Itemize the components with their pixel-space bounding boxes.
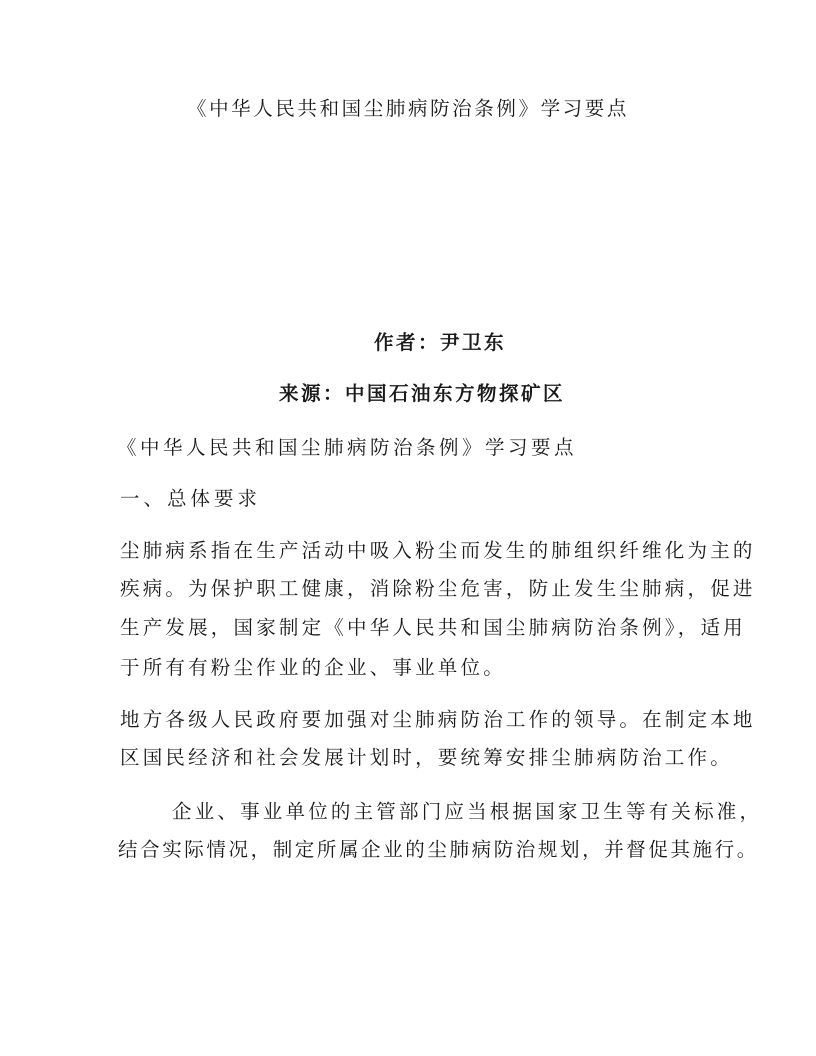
- paragraph-line: 尘肺病系指在生产活动中吸入粉尘而发生的肺组织纤维化为主的: [120, 539, 756, 563]
- paragraph-line: 地方各级人民政府要加强对尘肺病防治工作的领导。在制定本地: [120, 708, 756, 732]
- author-line: 作者：尹卫东: [374, 331, 506, 355]
- paragraph-line: 于所有有粉尘作业的企业、事业单位。: [120, 656, 506, 680]
- document-page: 《中华人民共和国尘肺病防治条例》学习要点 作者：尹卫东 来源：中国石油东方物探矿…: [0, 0, 816, 1056]
- paragraph-line: 区国民经济和社会发展计划时，要统筹安排尘肺病防治工作。: [120, 746, 733, 770]
- section-heading: 一、总体要求: [120, 487, 261, 511]
- paragraph-line: 结合实际情况，制定所属企业的尘肺病防治规划，并督促其施行。: [118, 838, 759, 862]
- paragraph-line: 生产发展，国家制定《中华人民共和国尘肺病防治条例》，适用: [120, 616, 746, 640]
- paragraph-line: 企业、事业单位的主管部门应当根据国家卫生等有关标准，: [172, 800, 762, 824]
- paragraph-line: 疾病。为保护职工健康，消除粉尘危害，防止发生尘肺病，促进: [120, 577, 756, 601]
- document-title: 《中华人民共和国尘肺病防治条例》学习要点: [0, 97, 816, 121]
- subtitle-line: 《中华人民共和国尘肺病防治条例》学习要点: [117, 436, 577, 460]
- source-line: 来源：中国石油东方物探矿区: [279, 382, 565, 406]
